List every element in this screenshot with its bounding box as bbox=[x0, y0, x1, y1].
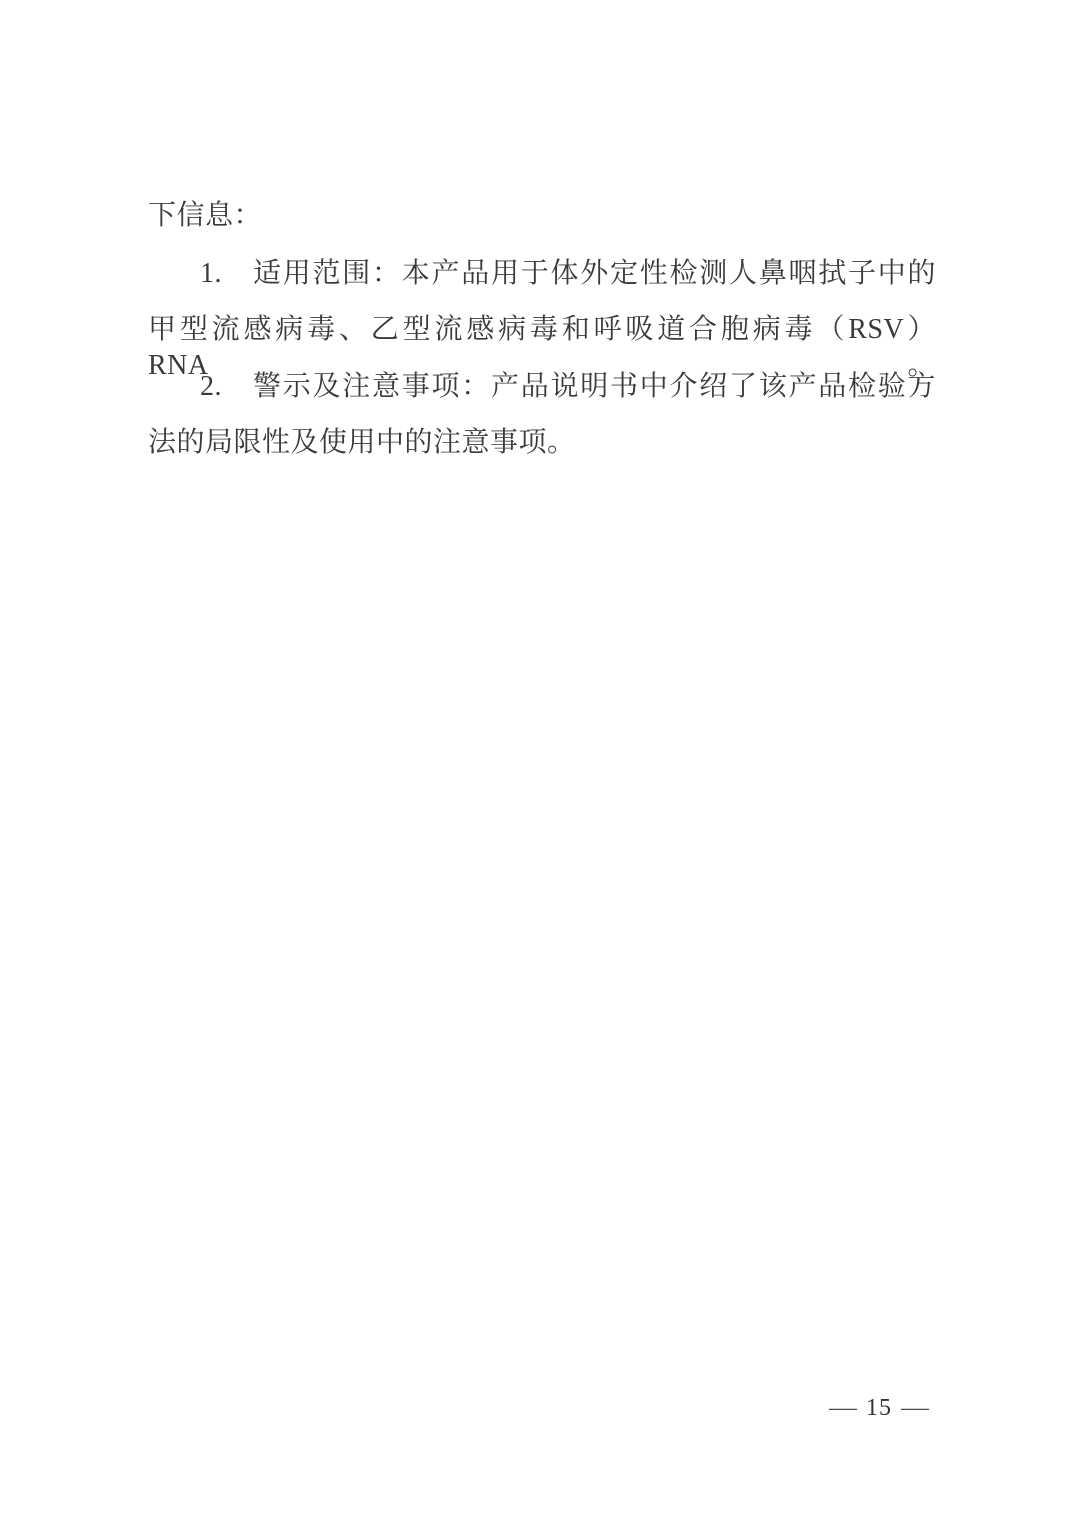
item-2-line-1: 2. 警示及注意事项：产品说明书中介绍了该产品检验方 bbox=[148, 369, 936, 405]
page-number-dash-right: — bbox=[901, 1393, 929, 1423]
item-2-line-2: 法的局限性及使用中的注意事项。 bbox=[148, 425, 936, 461]
page-number-dash-left: — bbox=[829, 1393, 857, 1423]
intro-line: 下信息： bbox=[148, 198, 936, 234]
document-page: 下信息： 1. 适用范围：本产品用于体外定性检测人鼻咽拭子中的 甲型流感病毒、乙… bbox=[0, 0, 1080, 1527]
page-number: — 15 — bbox=[831, 1393, 927, 1423]
item-1-line-1: 1. 适用范围：本产品用于体外定性检测人鼻咽拭子中的 bbox=[148, 256, 936, 292]
page-number-value: 15 bbox=[866, 1393, 892, 1423]
